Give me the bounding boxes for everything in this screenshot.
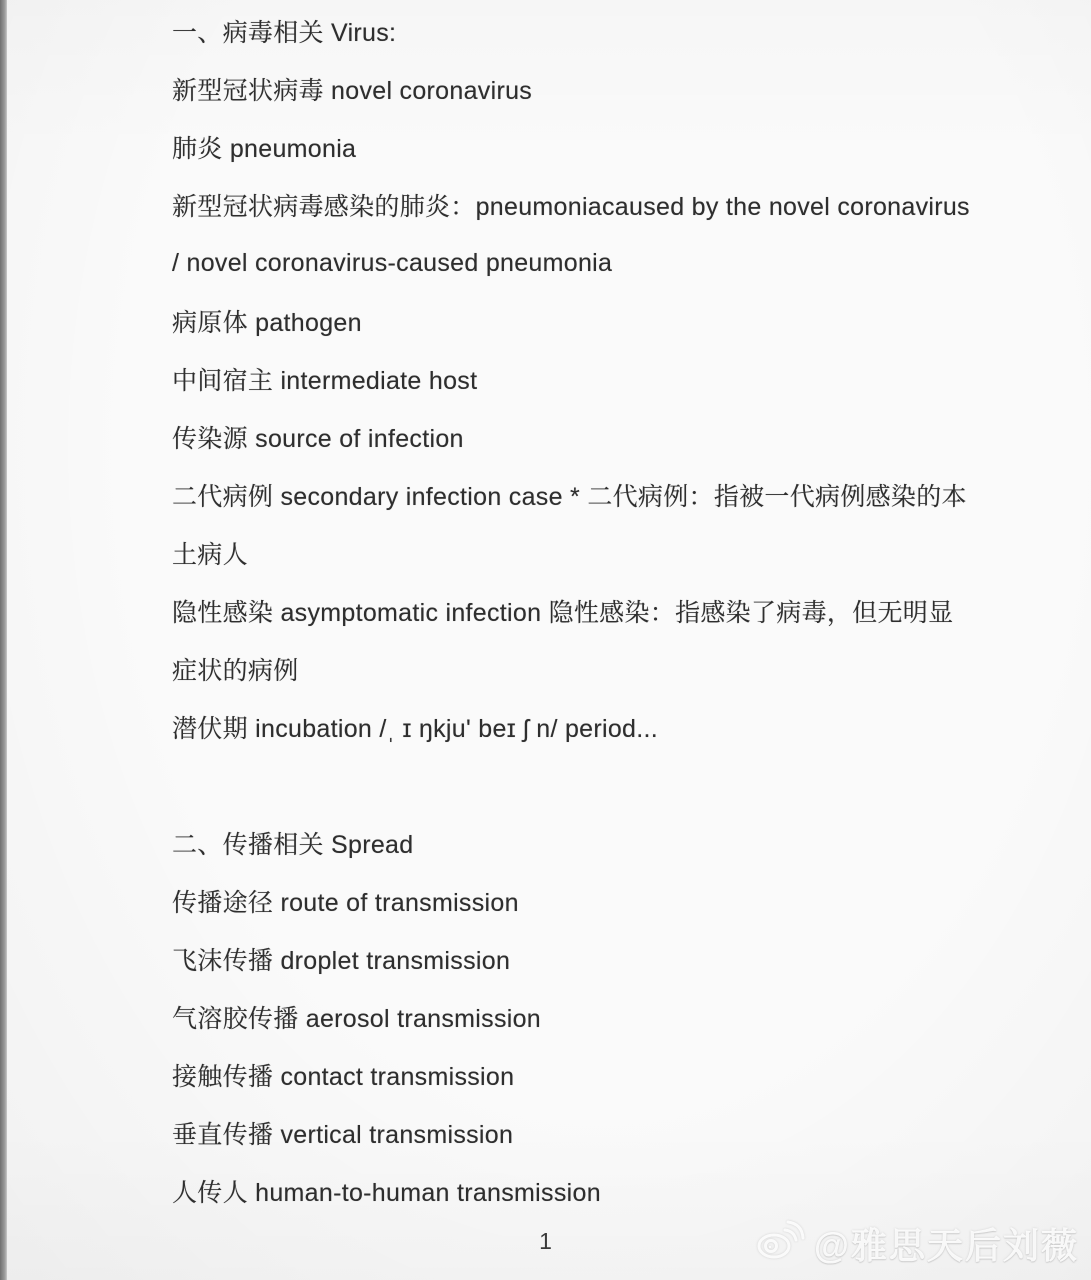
vocab-line: 传播途径 route of transmission [172, 872, 1071, 930]
vocab-line: 气溶胶传播 aerosol transmission [172, 988, 1071, 1046]
vocab-line: 症状的病例 [172, 640, 1071, 698]
vocab-line: 隐性感染 asymptomatic infection 隐性感染：指感染了病毒，… [172, 582, 1071, 640]
vocab-line: / novel coronavirus-caused pneumonia [172, 234, 1071, 292]
vocab-line: 新型冠状病毒 novel coronavirus [172, 60, 1071, 118]
vocab-line: 肺炎 pneumonia [172, 118, 1071, 176]
watermark-handle: @雅思天后刘薇 [814, 1218, 1079, 1269]
vocab-line: 潜伏期 incubation /ˌ ɪ ŋkju' beɪ ʃ n/ perio… [172, 698, 1071, 756]
weibo-icon [754, 1217, 806, 1270]
vocab-line: 土病人 [172, 524, 1071, 582]
vocab-line: 新型冠状病毒感染的肺炎：pneumoniacaused by the novel… [172, 176, 1071, 234]
vocab-line: 接触传播 contact transmission [172, 1046, 1071, 1104]
vocab-line: 二代病例 secondary infection case * 二代病例：指被一… [172, 466, 1071, 524]
vocab-line: 人传人 human-to-human transmission [172, 1162, 1071, 1220]
document-body: 一、病毒相关 Virus: 新型冠状病毒 novel coronavirus 肺… [172, 2, 1071, 1220]
scan-edge-strip [0, 0, 7, 1280]
vocab-line: 传染源 source of infection [172, 408, 1071, 466]
watermark: @雅思天后刘薇 [754, 1217, 1079, 1270]
vocab-line: 中间宿主 intermediate host [172, 350, 1071, 408]
vocab-line: 飞沫传播 droplet transmission [172, 930, 1071, 988]
document-photo: 一、病毒相关 Virus: 新型冠状病毒 novel coronavirus 肺… [0, 0, 1091, 1280]
vocab-line: 病原体 pathogen [172, 292, 1071, 350]
vocab-line: 垂直传播 vertical transmission [172, 1104, 1071, 1162]
section-2-heading: 二、传播相关 Spread [172, 814, 1071, 872]
section-1-heading: 一、病毒相关 Virus: [172, 2, 1071, 60]
section-gap [172, 756, 1071, 814]
